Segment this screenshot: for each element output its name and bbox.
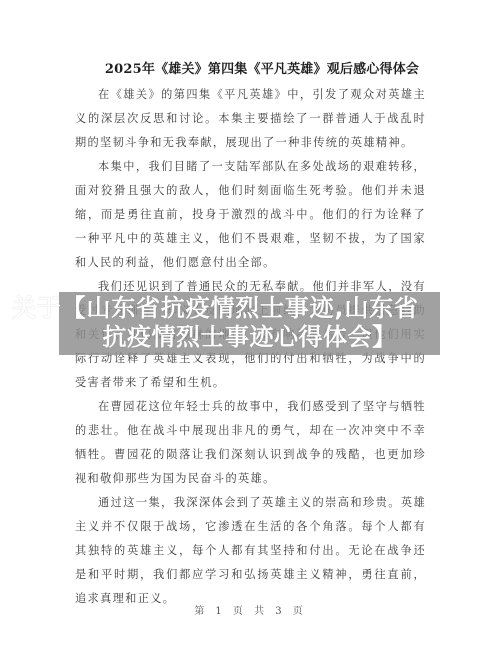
paragraph-1: 在《雄关》的第四集《平凡英雄》中，引发了观众对英雄主义的深层次反思和讨论。本集主…	[75, 83, 426, 155]
headline-line-1: 关于【山东省抗疫情烈士事迹,山东省	[12, 294, 440, 323]
paragraph-5: 通过这一集，我深深体会到了英雄主义的崇高和珍贵。英雄主义并不仅限于战场，它渗透在…	[75, 491, 426, 611]
document-page: 2025年《雄关》第四集《平凡英雄》观后感心得体会 在《雄关》的第四集《平凡英雄…	[0, 0, 500, 647]
headline-line-2: 抗疫情烈士事迹心得体会】	[59, 323, 440, 352]
paragraph-4: 在曹园花这位年轻士兵的故事中，我们感受到了坚守与牺牲的悲壮。他在战斗中展现出非凡…	[75, 395, 426, 491]
paragraph-2: 本集中，我们目睹了一支陆军部队在多处战场的艰难转移，面对狡猾且强大的敌人，他们时…	[75, 155, 426, 275]
document-title: 2025年《雄关》第四集《平凡英雄》观后感心得体会	[0, 58, 500, 77]
headline-overlay-banner[interactable]: 关于【山东省抗疫情烈士事迹,山东省 抗疫情烈士事迹心得体会】	[59, 292, 440, 355]
page-number-footer: 第 1 页 共 3 页	[0, 602, 500, 617]
